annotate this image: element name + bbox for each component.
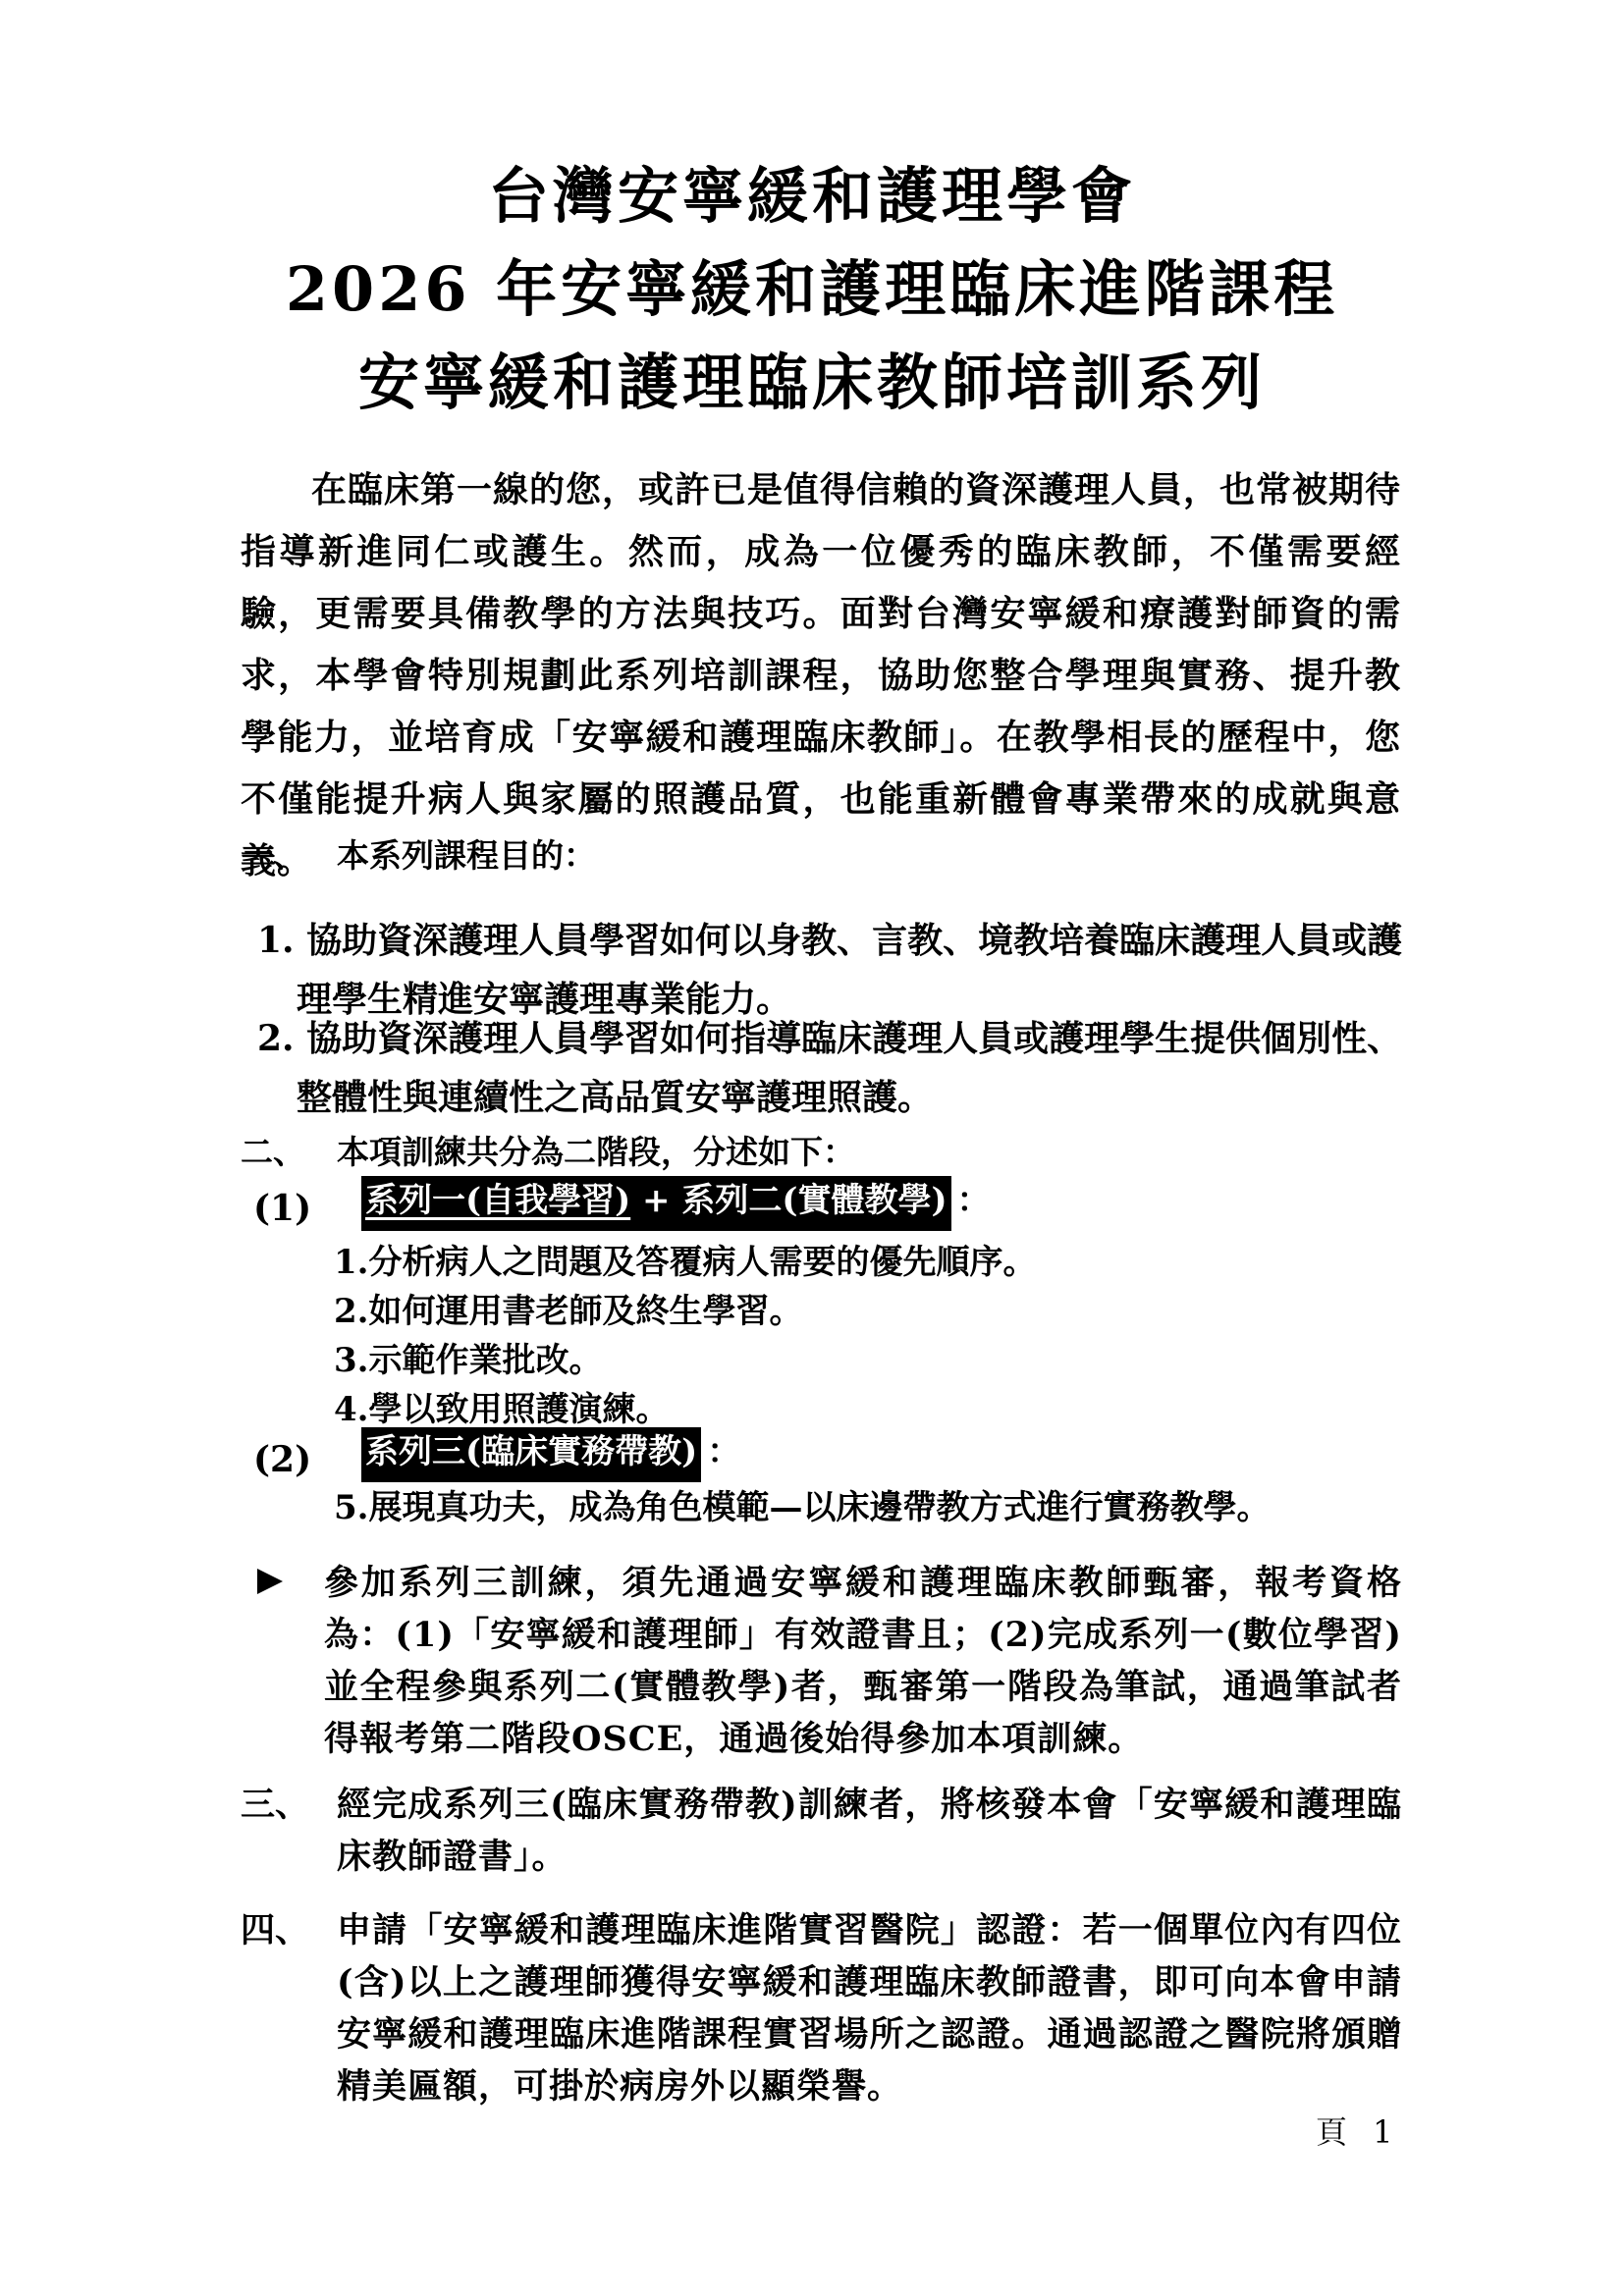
plus-sign: + bbox=[642, 1181, 681, 1220]
series-2-label: 系列二(實體教學) bbox=[681, 1181, 947, 1220]
stage-1-step-2: 2.如何運用書老師及終生學習。 bbox=[334, 1288, 803, 1335]
stage-1-highlight: 系列一(自我學習) + 系列二(實體教學)： bbox=[361, 1176, 991, 1231]
goal-item-2: 2. 協助資深護理人員學習如何指導臨床護理人員或護理學生提供個別性、整體性與連續… bbox=[257, 1009, 1426, 1127]
stage-1-colon: ： bbox=[957, 1181, 991, 1220]
stage-2-step-5: 5.展現真功夫，成為角色模範—以床邊帶教方式進行實務教學。 bbox=[334, 1484, 1271, 1531]
intro-paragraph: 在臨床第一線的您，或許已是值得信賴的資深護理人員，也常被期待指導新進同仁或護生。… bbox=[241, 459, 1401, 892]
section-1-number: 一、 bbox=[241, 832, 337, 880]
stage-1-series-banner: 系列一(自我學習) + 系列二(實體教學) bbox=[361, 1176, 951, 1231]
arrow-bullet-icon bbox=[257, 1569, 283, 1594]
series-3-eligibility-note: 參加系列三訓練，須先通過安寧緩和護理臨床教師甄審，報考資格為：(1)「安寧緩和護… bbox=[324, 1557, 1402, 1765]
stage-1-label: (1) bbox=[253, 1184, 311, 1233]
title-series: 安寧緩和護理臨床教師培訓系列 bbox=[0, 344, 1624, 422]
section-1-heading: 一、本系列課程目的： bbox=[241, 832, 596, 880]
stage-2-colon: ： bbox=[707, 1432, 740, 1471]
section-2-number: 二、 bbox=[241, 1129, 337, 1176]
stage-2-label: (2) bbox=[253, 1435, 311, 1484]
document-page: 台灣安寧緩和護理學會 2026 年安寧緩和護理臨床進階課程 安寧緩和護理臨床教師… bbox=[0, 0, 1624, 2296]
stage-2-series-banner: 系列三(臨床實務帶教) bbox=[361, 1427, 701, 1482]
title-organization: 台灣安寧緩和護理學會 bbox=[0, 157, 1624, 236]
series-1-label: 系列一(自我學習) bbox=[365, 1181, 630, 1220]
stage-1-step-1: 1.分析病人之問題及答覆病人需要的優先順序。 bbox=[334, 1239, 1037, 1286]
section-2-title: 本項訓練共分為二階段，分述如下： bbox=[337, 1133, 855, 1171]
stage-1-step-4: 4.學以致用照護演練。 bbox=[334, 1386, 670, 1433]
stage-1-step-3: 3.示範作業批改。 bbox=[334, 1337, 603, 1384]
section-2-heading: 二、本項訓練共分為二階段，分述如下： bbox=[241, 1129, 855, 1176]
title-course: 2026 年安寧緩和護理臨床進階課程 bbox=[0, 250, 1624, 329]
section-3-number: 三、 bbox=[241, 1779, 309, 1831]
section-4-number: 四、 bbox=[241, 1904, 309, 1956]
section-4-text: 申請「安寧緩和護理臨床進階實習醫院」認證：若一個單位內有四位(含)以上之護理師獲… bbox=[337, 1904, 1402, 2112]
section-3-text: 經完成系列三(臨床實務帶教)訓練者，將核發本會「安寧緩和護理臨床教師證書」。 bbox=[337, 1779, 1402, 1883]
stage-2-highlight: 系列三(臨床實務帶教)： bbox=[361, 1427, 740, 1482]
section-1-title: 本系列課程目的： bbox=[337, 836, 596, 875]
page-number: 頁 1 bbox=[1316, 2112, 1401, 2152]
